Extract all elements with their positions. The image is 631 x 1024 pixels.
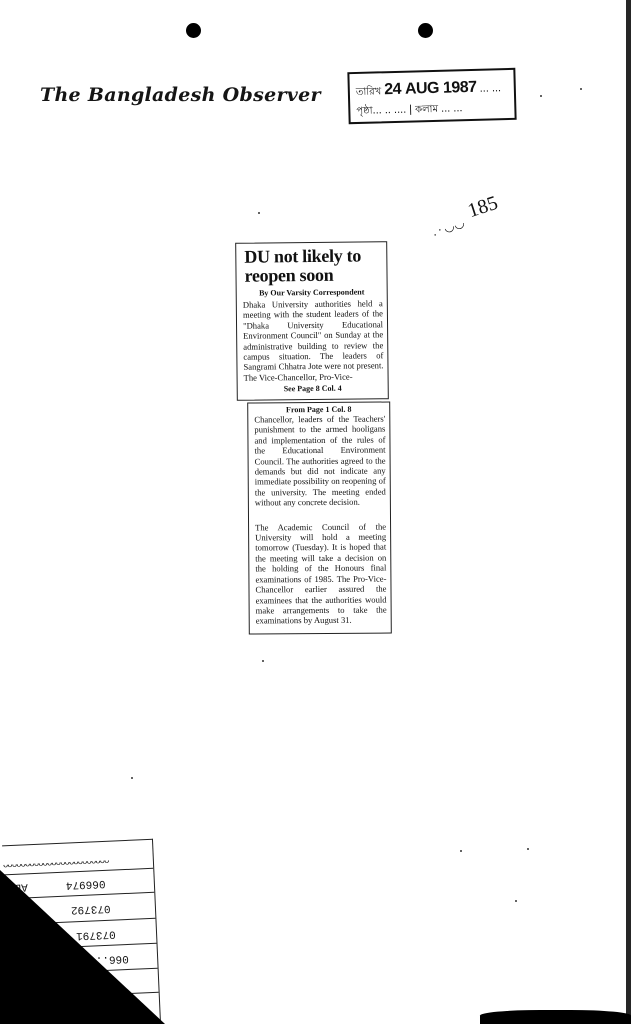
- clipping-body-part-2: Chancellor, leaders of the Teachers' pun…: [248, 414, 390, 509]
- scan-speck: [262, 660, 264, 662]
- scan-speck: [527, 848, 529, 850]
- stamp-column-label: কলাম: [415, 104, 438, 116]
- scan-speck: [258, 212, 260, 214]
- scan-edge-border: [626, 0, 631, 1024]
- continued-label: See Page 8 Col. 4: [238, 383, 388, 394]
- clipping-byline: By Our Varsity Correspondent: [237, 287, 387, 298]
- scan-speck: [540, 95, 542, 97]
- scan-speck: [580, 88, 582, 90]
- clipping-headline: DU not likely to reopen soon: [236, 242, 386, 286]
- page-number-dots: . ∙ ◡◡: [430, 215, 466, 239]
- stamp-page-label: পৃষ্ঠা: [356, 106, 372, 117]
- date-stamp: তারিখ 24 AUG 1987 ... ... পৃষ্ঠা... .. .…: [347, 68, 516, 124]
- punch-hole-right: [418, 23, 433, 38]
- stamp-date-label: তারিখ: [356, 86, 382, 98]
- newspaper-name: The Bangladesh Observer: [40, 84, 321, 106]
- scan-speck: [515, 900, 517, 902]
- folded-corner-shadow: [0, 870, 165, 1024]
- news-clipping-part-1: DU not likely to reopen soon By Our Vars…: [235, 241, 389, 401]
- stamp-date: 24 AUG 1987: [384, 79, 477, 98]
- scan-speck: [131, 777, 133, 779]
- page-number: 185: [465, 192, 501, 223]
- clipping-body-part-3: The Academic Council of the University w…: [249, 521, 391, 626]
- scan-edge-smudge: [480, 1010, 631, 1024]
- clipping-body-part-1: Dhaka University authorities held a meet…: [237, 298, 388, 383]
- punch-hole-left: [186, 23, 201, 38]
- news-clipping-part-2: From Page 1 Col. 8 Chancellor, leaders o…: [247, 402, 392, 635]
- scan-speck: [460, 850, 462, 852]
